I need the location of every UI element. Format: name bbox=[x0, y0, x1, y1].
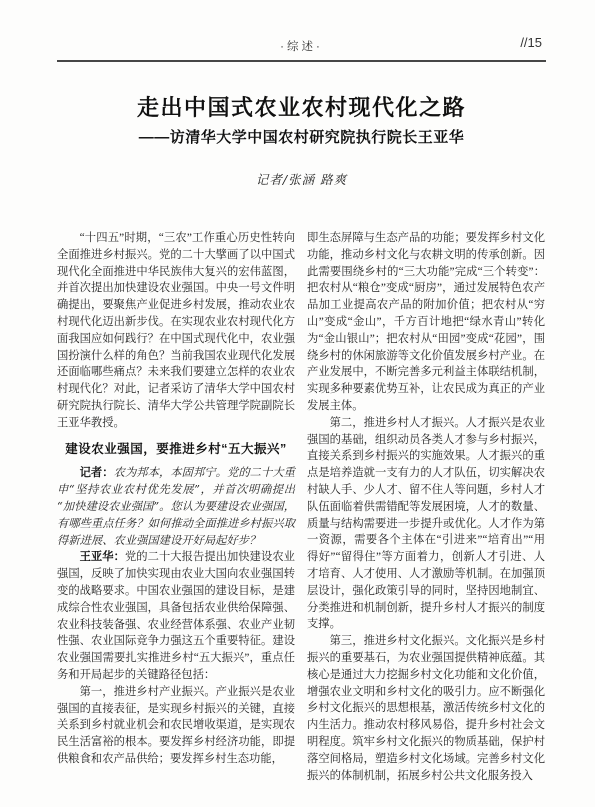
article-body: “十四五”时期，“三农”工作重心历史性转向全面推进乡村振兴。党的二十大擘画了以中… bbox=[57, 230, 546, 784]
left-column: “十四五”时期，“三农”工作重心历史性转向全面推进乡村振兴。党的二十大擘画了以中… bbox=[57, 230, 295, 784]
page-header: ·综述· //15 bbox=[57, 34, 546, 58]
section-label: ·综述· bbox=[280, 38, 323, 54]
paragraph: 即生态屏障与生态产品的功能；要发挥乡村文化功能，推动乡村文化与农耕文明的传承创新… bbox=[307, 230, 545, 415]
paragraph: 第三，推进乡村文化振兴。文化振兴是乡村振兴的重要基石，为农业强国提供精神底蕴。其… bbox=[307, 633, 545, 784]
article-subtitle: ——访清华大学中国农村研究院执行院长王亚华 bbox=[57, 128, 546, 148]
article-title: 走出中国式农业农村现代化之路 bbox=[57, 94, 546, 122]
speaker-name: 记者： bbox=[80, 467, 114, 479]
magazine-page: ·综述· //15 走出中国式农业农村现代化之路 ——访清华大学中国农村研究院执… bbox=[0, 0, 595, 807]
interviewee-answer: 王亚华：党的二十大报告提出加快建设农业强国，反映了加快实现由农业大国向农业强国转… bbox=[57, 549, 295, 683]
page-number: //15 bbox=[520, 35, 542, 50]
interviewer-question: 记者：农为邦本，本固邦宁。党的二十大重申“坚持农业农村优先发展”，并首次明确提出… bbox=[57, 465, 295, 549]
speaker-name: 王亚华： bbox=[80, 551, 125, 563]
right-column: 即生态屏障与生态产品的功能；要发挥乡村文化功能，推动乡村文化与农耕文明的传承创新… bbox=[307, 230, 545, 784]
byline: 记者/张涵 路爽 bbox=[57, 170, 546, 188]
paragraph: 第二，推进乡村人才振兴。人才振兴是农业强国的基础，组织动员各类人才参与乡村振兴，… bbox=[307, 415, 545, 633]
section-heading: 建设农业强国，要推进乡村“五大振兴” bbox=[57, 441, 295, 458]
lead-paragraph: “十四五”时期，“三农”工作重心历史性转向全面推进乡村振兴。党的二十大擘画了以中… bbox=[57, 230, 295, 432]
paragraph: 第一，推进乡村产业振兴。产业振兴是农业强国的直接表征，是实现乡村振兴的关键，直接… bbox=[57, 684, 295, 768]
speech-text: 党的二十大报告提出加快建设农业强国，反映了加快实现由农业大国向农业强国转变的战略… bbox=[57, 551, 295, 681]
header-rule bbox=[57, 60, 546, 62]
